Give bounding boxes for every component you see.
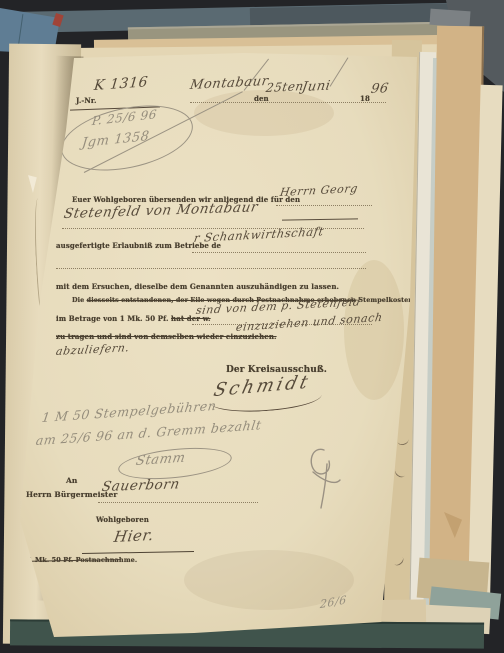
- dateline-year-written: 96: [370, 81, 390, 97]
- body-line-1-insert: Herrn Georg: [279, 182, 359, 199]
- ink-fragment: [391, 553, 405, 567]
- registry-circle: [55, 95, 199, 182]
- body-line-7-insert: einzuziehen und sonach: [235, 311, 384, 334]
- address-name-rule: [98, 501, 258, 503]
- grey-paper-top-right: [429, 9, 470, 28]
- ink-fragment: [396, 435, 409, 446]
- journal-number-value: K 1316: [93, 74, 149, 94]
- paper-stain: [344, 260, 404, 400]
- journal-number-label: J.-Nr.: [76, 96, 97, 105]
- pencil-slash: [330, 57, 349, 86]
- address-an: An: [66, 476, 77, 485]
- body-line-2-dash: [282, 218, 358, 220]
- body-line-3-rule: [192, 251, 366, 253]
- address-place: Hier.: [113, 526, 156, 546]
- body-line-5-end: Stempelkosten: [358, 296, 413, 304]
- blank-form-rule: [56, 267, 366, 269]
- body-line-6: im Betrage von 1 Mk. 50 Pf. hat der w.: [56, 314, 211, 323]
- body-line-4: mit dem Ersuchen, dieselbe dem Genannten…: [56, 282, 339, 291]
- document-page: J.-Nr. K 1316 Montabaur den 25ten Juni 1…: [14, 50, 434, 650]
- ink-fragment: [393, 466, 407, 479]
- body-line-1-rule: [276, 204, 372, 206]
- body-line-5-start: Die: [72, 296, 84, 304]
- fee-note-line-1: 1 M 50 Stempelgebühren: [41, 398, 218, 425]
- dateline-day: 25ten: [265, 79, 305, 95]
- body-line-6-text: im Betrage von 1 Mk. 50 Pf.: [56, 314, 169, 323]
- pencil-date-note: 26/6: [320, 593, 348, 611]
- dateline-month: Juni: [301, 78, 332, 95]
- dateline-place: Montabaur: [189, 74, 270, 93]
- address-recipient-name: Sauerborn: [101, 476, 182, 495]
- archive-photo: J.-Nr. K 1316 Montabaur den 25ten Juni 1…: [0, 0, 504, 653]
- body-line-8-insert: abzuliefern.: [55, 341, 131, 358]
- pencil-paraph-icon: [304, 442, 344, 516]
- address-honorific: Wohlgeboren: [96, 515, 149, 524]
- address-place-underline: [82, 551, 194, 554]
